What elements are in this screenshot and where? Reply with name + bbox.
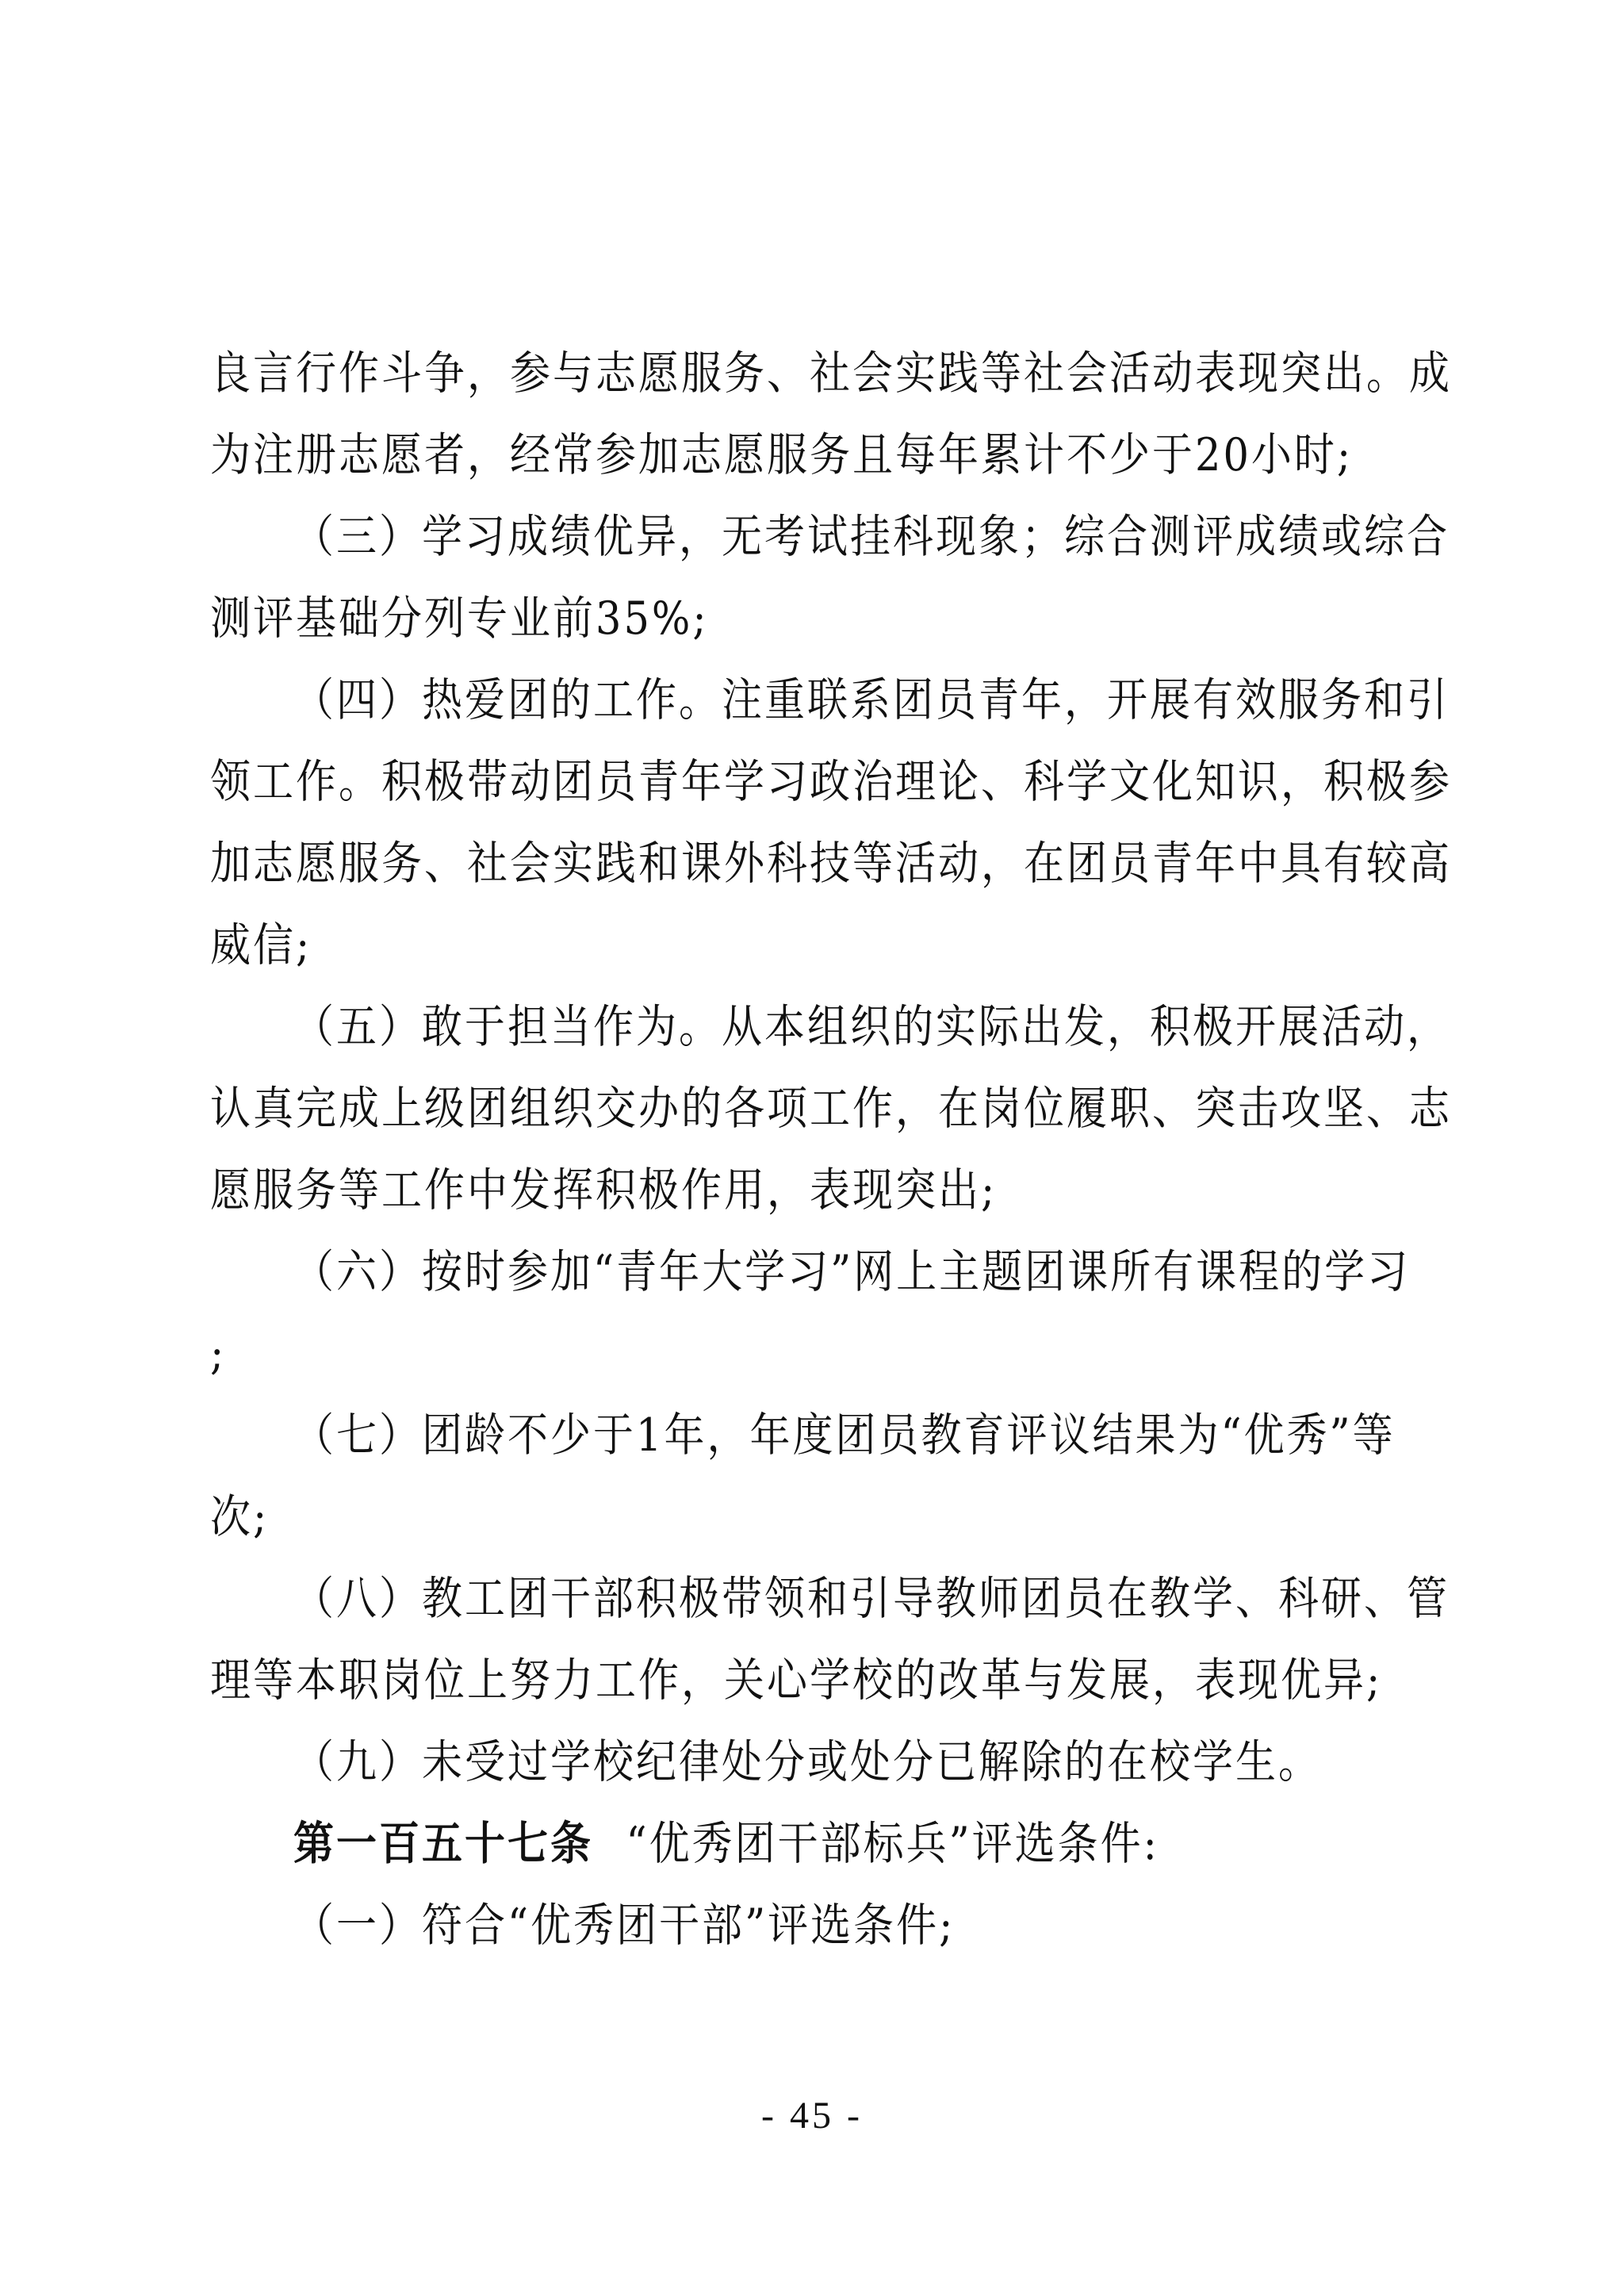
text-line: 良言行作斗争，参与志愿服务、社会实践等社会活动表现突出。成 xyxy=(210,328,1431,420)
text-line: 领工作。积极带动团员青年学习政治理论、科学文化知识，积极参 xyxy=(210,737,1431,828)
clause-4: （四）热爱团的工作。注重联系团员青年，开展有效服务和引 xyxy=(210,655,1431,746)
clause-5: （五）敢于担当作为。从本组织的实际出发，积极开展活动， xyxy=(210,982,1431,1073)
article-heading: 第一百五十七条 “优秀团干部标兵”评选条件: xyxy=(210,1799,1431,1890)
text-line: 威信; xyxy=(210,900,1431,991)
text-line: 测评基础分列专业前35%; xyxy=(210,573,1431,665)
clause-3: （三）学习成绩优异，无考试挂科现象；综合测评成绩或综合 xyxy=(210,492,1431,583)
document-page: 良言行作斗争，参与志愿服务、社会实践等社会活动表现突出。成 为注册志愿者，经常参… xyxy=(0,0,1624,2296)
text-line: 为注册志愿者，经常参加志愿服务且每年累计不少于20小时; xyxy=(210,410,1431,501)
text-line: 理等本职岗位上努力工作，关心学校的改革与发展，表现优异; xyxy=(210,1635,1431,1727)
document-body: 良言行作斗争，参与志愿服务、社会实践等社会活动表现突出。成 为注册志愿者，经常参… xyxy=(210,333,1431,1967)
clause-1: （一）符合“优秀团干部”评选条件; xyxy=(210,1880,1431,1972)
text-line: 愿服务等工作中发挥积极作用，表现突出; xyxy=(210,1145,1431,1236)
clause-7: （七）团龄不少于1年，年度团员教育评议结果为“优秀”等 xyxy=(210,1390,1431,1481)
clause-8: （八）教工团干部积极带领和引导教师团员在教学、科研、管 xyxy=(210,1554,1431,1645)
text-line: 次; xyxy=(210,1472,1431,1563)
text-line: 加志愿服务、社会实践和课外科技等活动，在团员青年中具有较高 xyxy=(210,818,1431,910)
clause-9: （九）未受过学校纪律处分或处分已解除的在校学生。 xyxy=(210,1717,1431,1808)
article-number: 第一百五十七条 xyxy=(293,1817,593,1870)
clause-6: （六）按时参加“青年大学习”网上主题团课所有课程的学习 xyxy=(210,1227,1431,1318)
article-title: “优秀团干部标兵”评选条件: xyxy=(626,1818,1159,1870)
text-line: ; xyxy=(210,1309,1431,1400)
page-number: - 45 - xyxy=(0,2094,1624,2137)
text-line: 认真完成上级团组织交办的各项工作，在岗位履职、突击攻坚、志 xyxy=(210,1064,1431,1155)
